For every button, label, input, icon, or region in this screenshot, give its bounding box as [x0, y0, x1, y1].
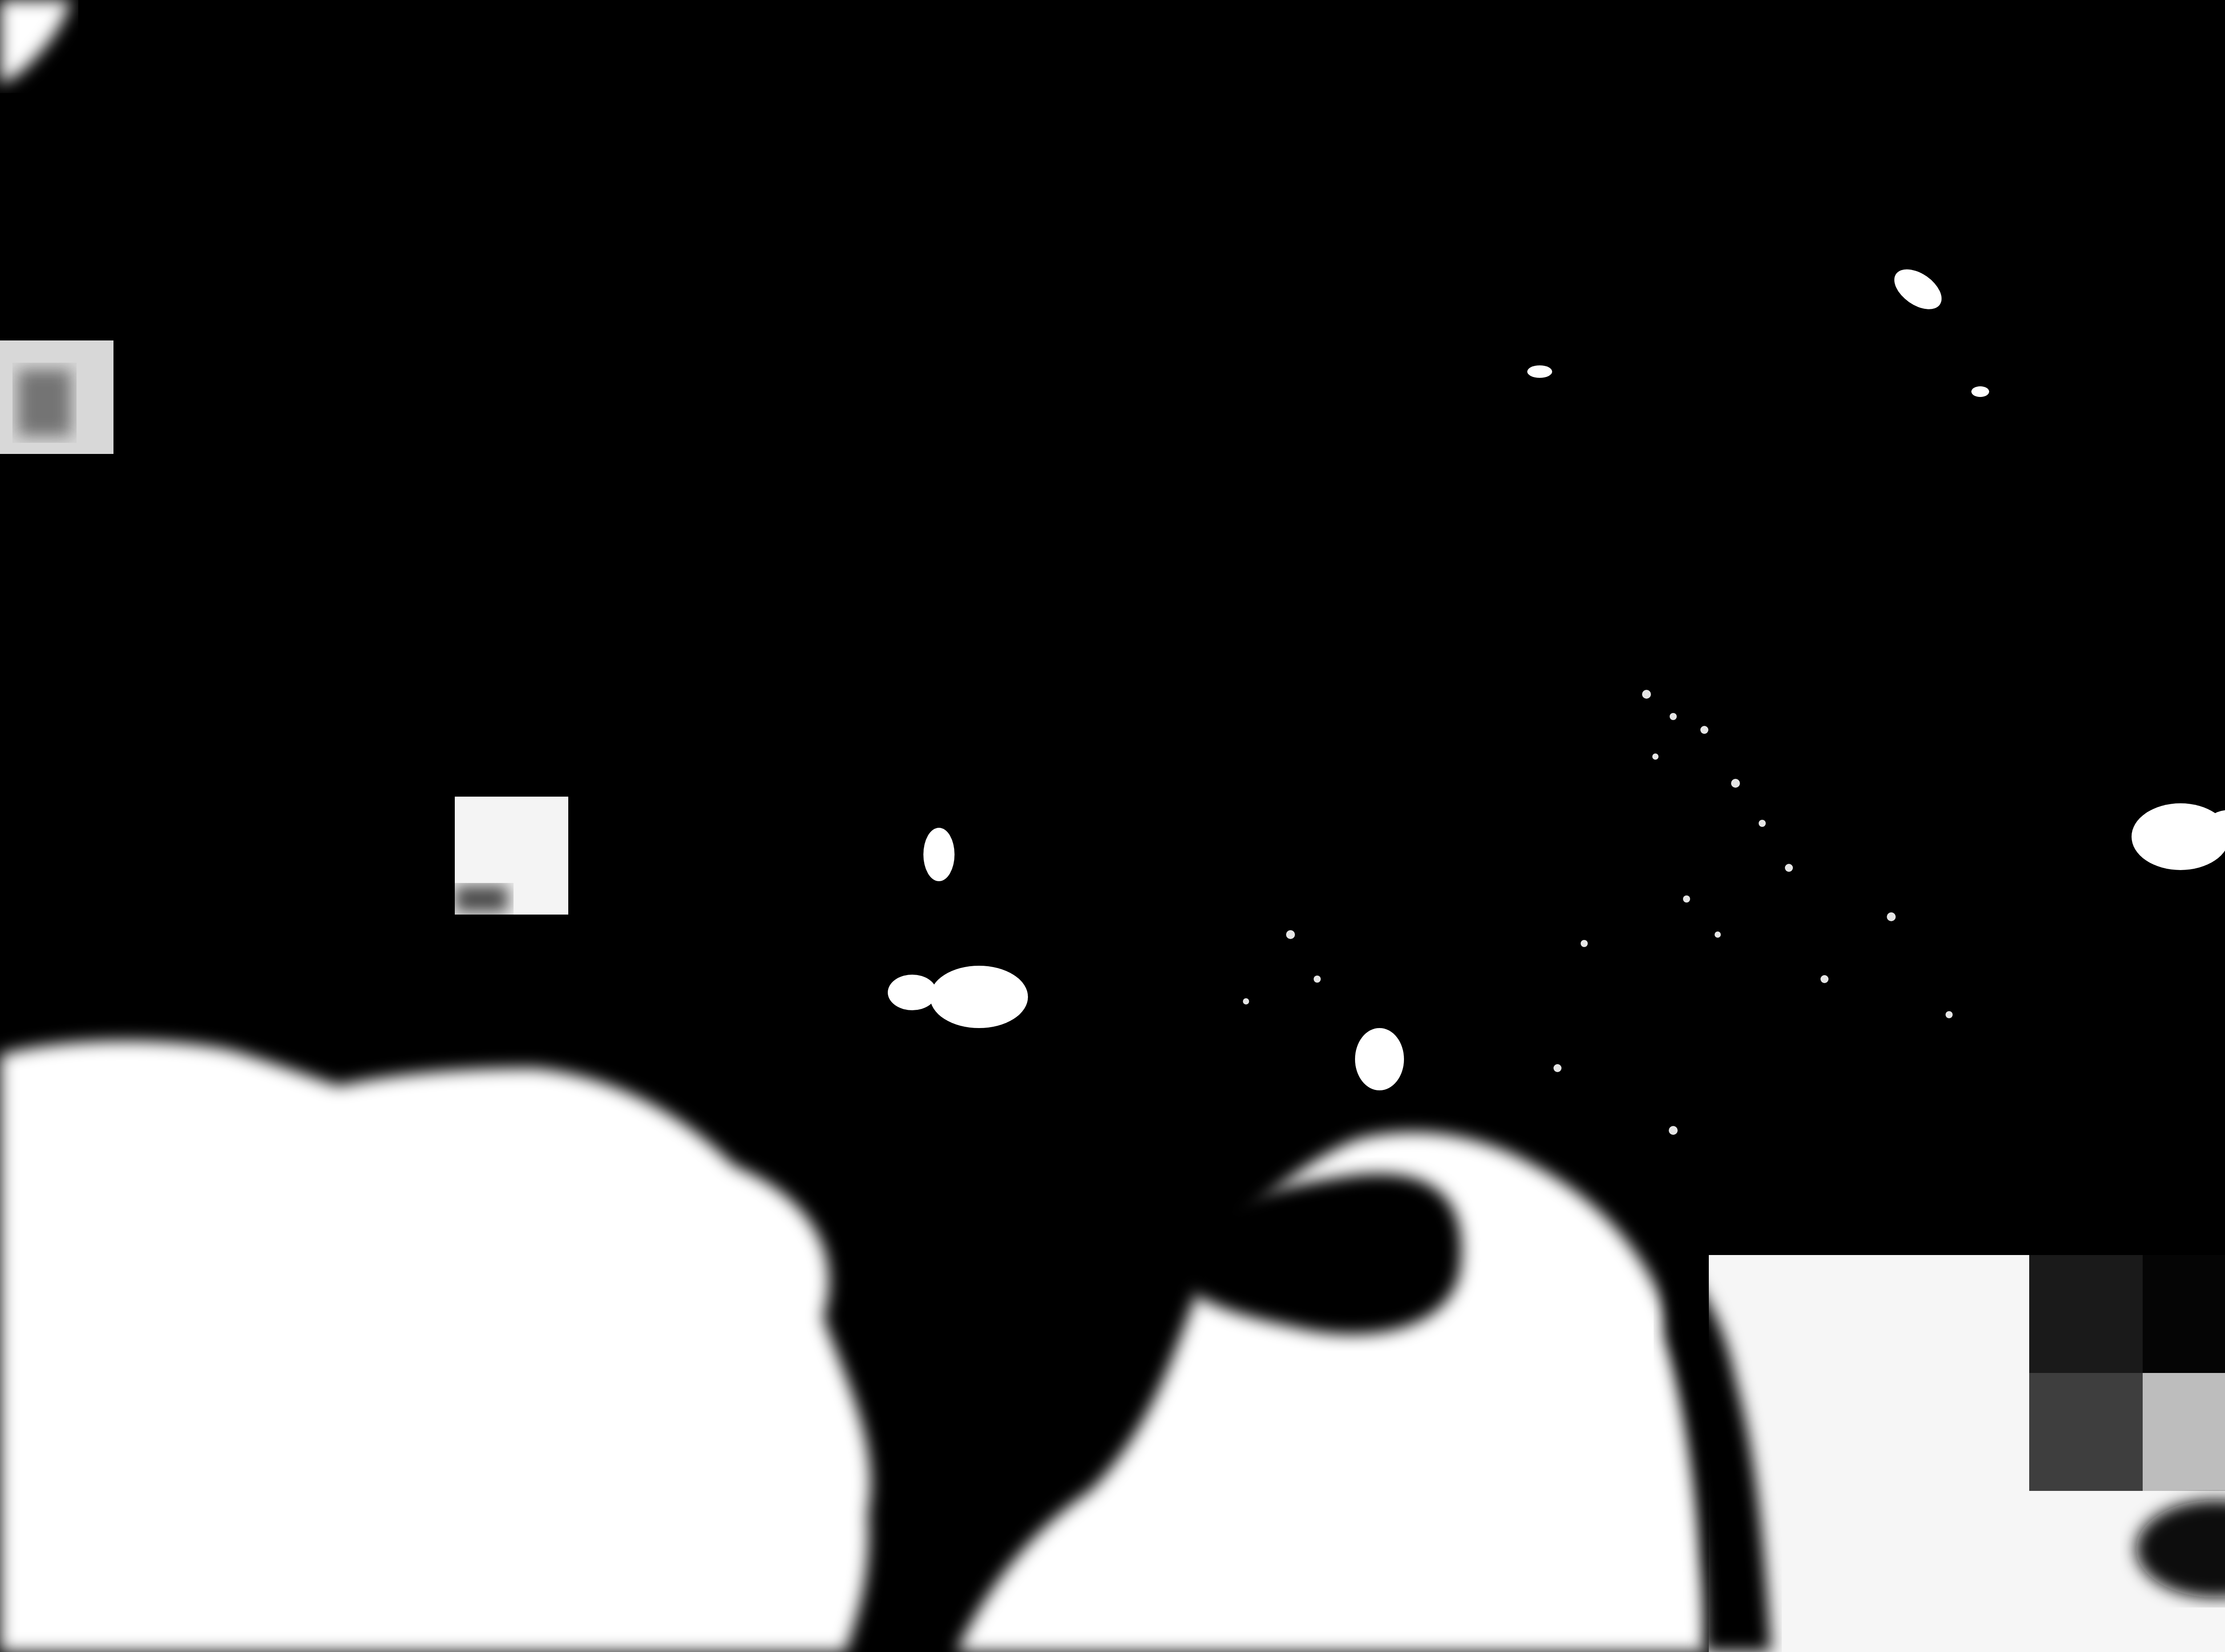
cloud-regions	[0, 0, 2225, 1652]
cloud-top-left	[0, 0, 71, 85]
cloud-mask-image	[0, 0, 2225, 1652]
cloud-specks	[888, 261, 2225, 1090]
cloud-bottom-left	[0, 1041, 871, 1652]
